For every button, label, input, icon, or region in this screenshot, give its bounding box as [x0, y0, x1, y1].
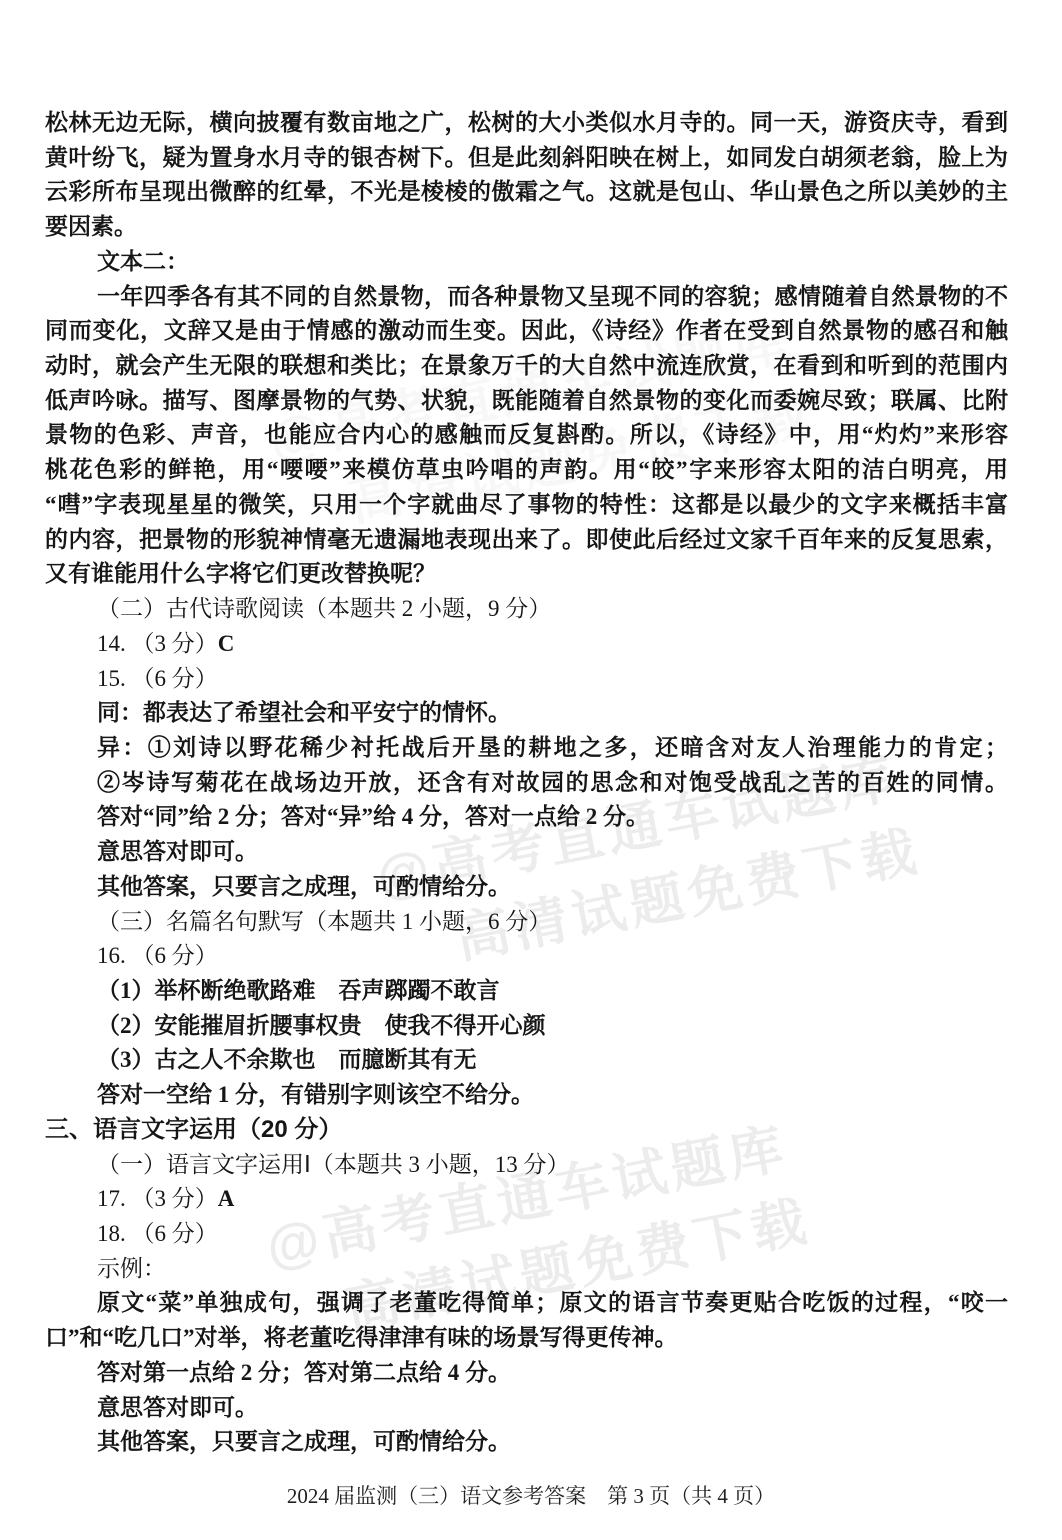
doc-text-run: 的内容，把景物的形貌神情毫无遗漏地表现出来了。即使此后经过文家千百年来的反复思索…	[45, 527, 1008, 552]
doc-line: 答对一空给 1 分，有错别字则该空不给分。	[45, 1078, 1008, 1113]
doc-line: 15. （6 分）	[45, 662, 1008, 697]
answer-letter: C	[218, 631, 235, 656]
doc-text-run: 三、语言文字运用（20 分）	[45, 1116, 342, 1143]
doc-line: 异：①刘诗以野花稀少衬托战后开垦的耕地之多，还暗含对友人治理能力的肯定；	[45, 731, 1008, 766]
doc-text-run: 口”和“吃几口”对举，将老董吃得津津有味的场景写得更传神。	[45, 1325, 678, 1350]
doc-line: 又有谁能用什么字将它们更改替换呢？	[45, 557, 1008, 592]
doc-line: 口”和“吃几口”对举，将老董吃得津津有味的场景写得更传神。	[45, 1321, 1008, 1356]
doc-line: 答对“同”给 2 分；答对“异”给 4 分，答对一点给 2 分。	[45, 800, 1008, 835]
doc-text-run: 答对一空给 1 分，有错别字则该空不给分。	[97, 1082, 534, 1107]
doc-line: 其他答案，只要言之成理，可酌情给分。	[45, 870, 1008, 905]
doc-text-run: （3）古之人不余欺也 而臆断其有无	[97, 1047, 477, 1072]
doc-text-run: （二）古代诗歌阅读（本题共 2 小题，9 分）	[97, 596, 551, 621]
doc-line: 三、语言文字运用（20 分）	[45, 1113, 1008, 1148]
doc-text-run: 景物的色彩、声音，也能应合内心的感触而反复斟酌。所以，《诗经》中，用“灼灼”来形…	[45, 422, 1008, 447]
doc-line: 桃花色彩的鲜艳，用“喓喓”来模仿草虫吟唱的声韵。用“皎”字来形容太阳的洁白明亮，…	[45, 453, 1008, 488]
doc-line: 一年四季各有其不同的自然景物，而各种景物又呈现不同的容貌；感情随着自然景物的不	[45, 280, 1008, 315]
doc-line: 的内容，把景物的形貌神情毫无遗漏地表现出来了。即使此后经过文家千百年来的反复思索…	[45, 523, 1008, 558]
doc-text-run: 异：①刘诗以野花稀少衬托战后开垦的耕地之多，还暗含对友人治理能力的肯定；	[97, 735, 1008, 760]
doc-text-run: 同而变化，文辞又是由于情感的激动而生变。因此，《诗经》作者在受到自然景物的感召和…	[45, 318, 1008, 343]
doc-line: 要因素。	[45, 210, 1008, 245]
doc-text-run: 桃花色彩的鲜艳，用“喓喓”来模仿草虫吟唱的声韵。用“皎”字来形容太阳的洁白明亮，…	[45, 457, 1008, 482]
doc-text-run: 原文“菜”单独成句，强调了老董吃得简单；原文的语言节奏更贴合吃饭的过程，“咬一	[97, 1290, 1008, 1315]
doc-text-run: 14. （3 分）	[97, 631, 218, 656]
doc-line: 黄叶纷飞，疑为置身水月寺的银杏树下。但是此刻斜阳映在树上，如同发白胡须老翁，脸上…	[45, 141, 1008, 176]
doc-line: 景物的色彩、声音，也能应合内心的感触而反复斟酌。所以，《诗经》中，用“灼灼”来形…	[45, 418, 1008, 453]
answer-letter: A	[218, 1186, 235, 1211]
doc-line: （2）安能摧眉折腰事权贵 使我不得开心颜	[45, 1009, 1008, 1044]
doc-text-run: 文本二：	[97, 249, 189, 274]
doc-text-run: 示例：	[97, 1256, 166, 1281]
doc-text-run: “嘒”字表现星星的微笑，只用一个字就曲尽了事物的特性：这都是以最少的文字来概括丰…	[45, 492, 1008, 517]
doc-text-run: 动时，就会产生无限的联想和类比；在景象万千的大自然中流连欣赏，在看到和听到的范围…	[45, 353, 1008, 378]
doc-line: （1）举杯断绝歌路难 吞声踯躅不敢言	[45, 974, 1008, 1009]
doc-line: 松林无边无际，横向披覆有数亩地之广，松树的大小类似水月寺的。同一天，游资庆寺，看…	[45, 106, 1008, 141]
doc-text-run: 同：都表达了希望社会和平安宁的情怀。	[97, 700, 511, 725]
doc-line: 文本二：	[45, 245, 1008, 280]
doc-line: 14. （3 分）C	[45, 627, 1008, 662]
doc-text-run: ②岑诗写菊花在战场边开放，还含有对故园的思念和对饱受战乱之苦的百姓的同情。	[97, 770, 1008, 795]
doc-text-run: 要因素。	[45, 214, 137, 239]
doc-text-run: 低声吟咏。描写、图摩景物的气势、状貌，既能随着自然景物的变化而委婉尽致；联属、比…	[45, 388, 1008, 413]
doc-line: （三）名篇名句默写（本题共 1 小题，6 分）	[45, 905, 1008, 940]
doc-line: 17. （3 分）A	[45, 1182, 1008, 1217]
doc-text-run: （1）举杯断绝歌路难 吞声踯躅不敢言	[97, 978, 500, 1003]
doc-line: 意思答对即可。	[45, 835, 1008, 870]
doc-line: 示例：	[45, 1252, 1008, 1287]
doc-line: 云彩所布呈现出微醉的红晕，不光是棱棱的傲霜之气。这就是包山、华山景色之所以美妙的…	[45, 175, 1008, 210]
doc-line: （二）古代诗歌阅读（本题共 2 小题，9 分）	[45, 592, 1008, 627]
doc-text-run: 17. （3 分）	[97, 1186, 218, 1211]
doc-line: 其他答案，只要言之成理，可酌情给分。	[45, 1425, 1008, 1460]
document-body: 松林无边无际，横向披覆有数亩地之广，松树的大小类似水月寺的。同一天，游资庆寺，看…	[45, 106, 1008, 1460]
doc-line: 16. （6 分）	[45, 939, 1008, 974]
doc-text-run: （一）语言文字运用Ⅰ（本题共 3 小题，13 分）	[97, 1152, 570, 1177]
doc-text-run: 答对“同”给 2 分；答对“异”给 4 分，答对一点给 2 分。	[97, 804, 649, 829]
doc-text-run: （三）名篇名句默写（本题共 1 小题，6 分）	[97, 909, 551, 934]
doc-text-run: 黄叶纷飞，疑为置身水月寺的银杏树下。但是此刻斜阳映在树上，如同发白胡须老翁，脸上…	[45, 145, 1008, 170]
doc-text-run: 松林无边无际，横向披覆有数亩地之广，松树的大小类似水月寺的。同一天，游资庆寺，看…	[45, 110, 1008, 135]
doc-line: 18. （6 分）	[45, 1217, 1008, 1252]
doc-line: 原文“菜”单独成句，强调了老董吃得简单；原文的语言节奏更贴合吃饭的过程，“咬一	[45, 1286, 1008, 1321]
doc-line: 意思答对即可。	[45, 1391, 1008, 1426]
doc-line: 同：都表达了希望社会和平安宁的情怀。	[45, 696, 1008, 731]
doc-line: ②岑诗写菊花在战场边开放，还含有对故园的思念和对饱受战乱之苦的百姓的同情。	[45, 766, 1008, 801]
doc-line: （3）古之人不余欺也 而臆断其有无	[45, 1043, 1008, 1078]
doc-text-run: 其他答案，只要言之成理，可酌情给分。	[97, 874, 511, 899]
doc-line: 低声吟咏。描写、图摩景物的气势、状貌，既能随着自然景物的变化而委婉尽致；联属、比…	[45, 384, 1008, 419]
doc-text-run: 18. （6 分）	[97, 1221, 218, 1246]
doc-line: “嘒”字表现星星的微笑，只用一个字就曲尽了事物的特性：这都是以最少的文字来概括丰…	[45, 488, 1008, 523]
doc-text-run: 意思答对即可。	[97, 1395, 258, 1420]
page-footer: 2024 届监测（三）语文参考答案 第 3 页（共 4 页）	[0, 1480, 1062, 1510]
doc-text-run: （2）安能摧眉折腰事权贵 使我不得开心颜	[97, 1013, 546, 1038]
doc-line: 答对第一点给 2 分；答对第二点给 4 分。	[45, 1356, 1008, 1391]
doc-text-run: 16. （6 分）	[97, 943, 218, 968]
doc-text-run: 15. （6 分）	[97, 666, 218, 691]
doc-text-run: 云彩所布呈现出微醉的红晕，不光是棱棱的傲霜之气。这就是包山、华山景色之所以美妙的…	[45, 179, 1008, 204]
doc-text-run: 答对第一点给 2 分；答对第二点给 4 分。	[97, 1360, 511, 1385]
doc-line: （一）语言文字运用Ⅰ（本题共 3 小题，13 分）	[45, 1148, 1008, 1183]
doc-text-run: 意思答对即可。	[97, 839, 258, 864]
doc-text-run: 一年四季各有其不同的自然景物，而各种景物又呈现不同的容貌；感情随着自然景物的不	[97, 284, 1008, 309]
doc-text-run: 又有谁能用什么字将它们更改替换呢？	[45, 561, 436, 586]
exam-answer-page: @高考直通车试题库 高清试题免费下载 @高考直通车试题库 高清试题免费下载 @高…	[0, 0, 1062, 1540]
doc-text-run: 其他答案，只要言之成理，可酌情给分。	[97, 1429, 511, 1454]
doc-line: 同而变化，文辞又是由于情感的激动而生变。因此，《诗经》作者在受到自然景物的感召和…	[45, 314, 1008, 349]
doc-line: 动时，就会产生无限的联想和类比；在景象万千的大自然中流连欣赏，在看到和听到的范围…	[45, 349, 1008, 384]
